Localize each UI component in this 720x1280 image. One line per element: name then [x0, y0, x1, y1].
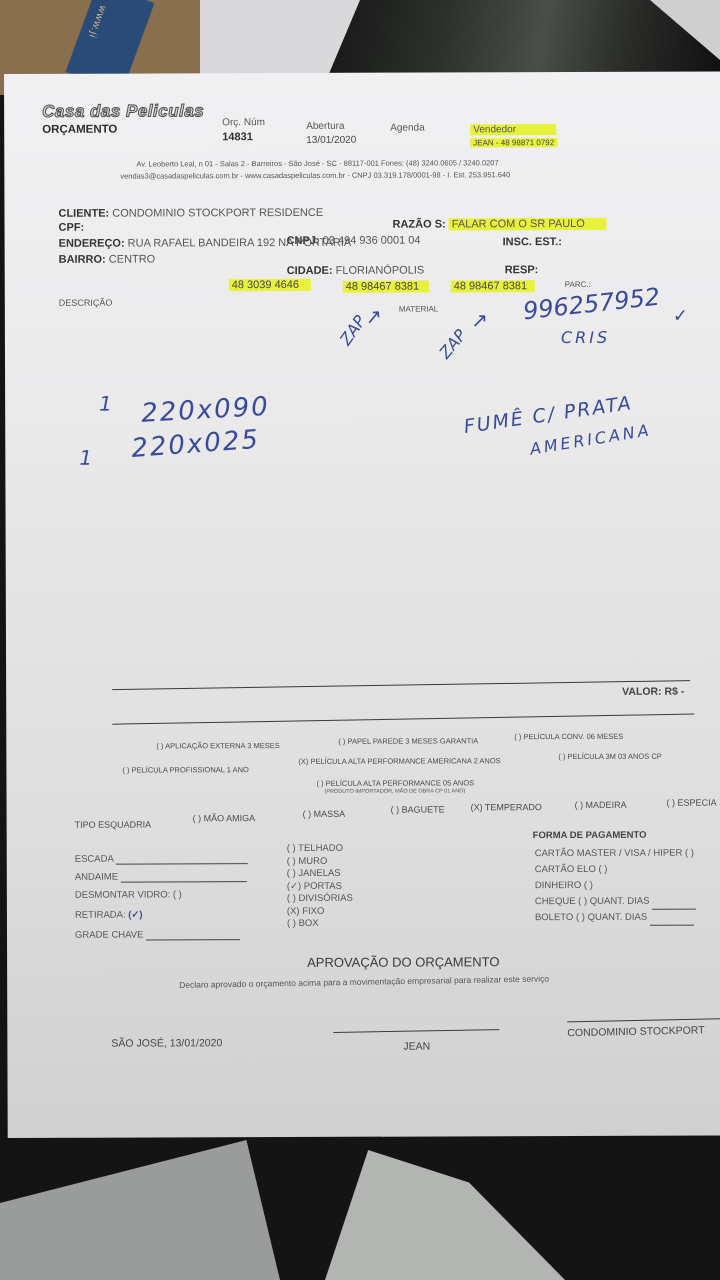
option-pelicula-05-anos: ( ) PELÍCULA ALTA PERFORMANCE 05 ANOS: [316, 778, 474, 788]
option-pelicula-profissional: ( ) PELÍCULA PROFISSIONAL 1 ANO: [122, 765, 248, 774]
cliente-value: CONDOMINIO STOCKPORT RESIDENCE: [112, 207, 323, 220]
option-pelicula-conv: ( ) PELÍCULA CONV. 06 MESES: [514, 732, 623, 741]
background-bottom-paper: [0, 1140, 280, 1280]
esquadria-madeira: ( ) MADEIRA: [575, 800, 627, 810]
item-1-qty: 1: [99, 392, 112, 416]
esquadria-temperado: (X) TEMPERADO: [471, 802, 542, 812]
abertura-label: Abertura: [306, 121, 344, 132]
quote-document: Casa das Peliculas ORÇAMENTO Orç. Núm 14…: [4, 72, 720, 1138]
esquadria-massa: ( ) MASSA: [303, 809, 346, 819]
parc-label: PARC.:: [565, 280, 591, 289]
cpf-label: CPF:: [59, 222, 85, 234]
background-bottom-paper-2: [325, 1150, 565, 1280]
location-portas[interactable]: (✓) PORTAS: [287, 880, 353, 893]
location-muro[interactable]: ( ) MURO: [287, 855, 353, 868]
razao-label: RAZÃO S:: [393, 218, 446, 230]
bairro-value: CENTRO: [109, 253, 155, 265]
esquadria-label: TIPO ESQUADRIA: [75, 819, 152, 829]
phone-2: 48 98467 8381: [343, 281, 429, 293]
insc-label: INSC. EST.:: [503, 236, 562, 248]
payment-title: FORMA DE PAGAMENTO: [533, 830, 647, 841]
location-telhado[interactable]: ( ) TELHADO: [287, 843, 353, 856]
place-date: SÃO JOSÉ, 13/01/2020: [111, 1037, 222, 1049]
seller-signature-line: [333, 1029, 499, 1033]
handwritten-zap-2: ZAP: [435, 326, 470, 362]
phone-3: 48 98467 8381: [451, 280, 535, 292]
valor-rule-bottom: [112, 714, 694, 725]
company-logo: Casa das Peliculas: [42, 101, 204, 122]
andaime-label: ANDAIME: [75, 872, 118, 883]
option-pelicula-americana: (X) PELÍCULA ALTA PERFORMANCE AMERICANA …: [298, 756, 500, 766]
orc-num-label: Orç. Núm: [222, 117, 265, 128]
endereco-value: RUA RAFAEL BANDEIRA 192 NA PORTARIA: [128, 237, 352, 250]
escada-field[interactable]: [116, 863, 248, 864]
esquadria-baguete: ( ) BAGUETE: [391, 804, 445, 814]
option-pelicula-3m: ( ) PELÍCULA 3M 03 ANOS CP: [558, 752, 661, 761]
location-list: ( ) TELHADO ( ) MURO ( ) JANELAS (✓) POR…: [287, 843, 353, 931]
abertura-date: 13/01/2020: [306, 135, 356, 146]
payment-dinheiro[interactable]: DINHEIRO ( ): [535, 878, 696, 895]
approval-text: Declaro aprovado o orçamento acima para …: [179, 974, 549, 990]
seller-signature: JEAN: [403, 1041, 430, 1053]
option-aplicacao-externa: ( ) APLICAÇÃO EXTERNA 3 MESES: [156, 741, 279, 750]
resp-label: RESP:: [505, 264, 539, 276]
escada-label: ESCADA: [75, 854, 114, 865]
box-print-text: www.ji: [86, 4, 108, 40]
orc-num-value: 14831: [222, 131, 253, 143]
razao-value: FALAR COM O SR PAULO: [449, 218, 607, 231]
location-box[interactable]: ( ) BOX: [287, 918, 353, 931]
retirada-check[interactable]: (✓): [128, 910, 142, 921]
vendedor-value: JEAN - 48 98871 0792: [470, 138, 557, 147]
grade-chave-label: GRADE CHAVE: [75, 930, 143, 941]
payment-cheque[interactable]: CHEQUE ( ) QUANT. DIAS: [535, 896, 650, 907]
boleto-dias-field[interactable]: [650, 925, 694, 926]
desmontar-vidro: DESMONTAR VIDRO: ( ): [75, 889, 182, 900]
valor-rule-top: [112, 680, 690, 690]
location-divisorias[interactable]: ( ) DIVISÓRIAS: [287, 893, 353, 906]
client-signature-line: [567, 1018, 720, 1022]
payment-list: CARTÃO MASTER / VISA / HIPER ( ) CARTÃO …: [535, 846, 696, 927]
option-papel-parede: ( ) PAPEL PAREDE 3 MESES GARANTIA: [338, 736, 478, 745]
arrow-up-icon-2: →: [465, 306, 494, 335]
retirada-label: RETIRADA:: [75, 910, 126, 921]
handwritten-phone: 996257952: [522, 283, 662, 326]
location-janelas[interactable]: ( ) JANELAS: [287, 868, 353, 881]
item-2-qty: 1: [79, 446, 92, 470]
bairro-label: BAIRRO:: [59, 254, 106, 266]
valor-label: VALOR: R$ -: [622, 686, 684, 698]
item-2-size: 220x025: [130, 425, 260, 464]
payment-boleto[interactable]: BOLETO ( ) QUANT. DIAS: [535, 912, 647, 923]
cidade-label: CIDADE:: [287, 265, 333, 277]
descricao-label: DESCRIÇÃO: [59, 298, 113, 308]
payment-cartao-master[interactable]: CARTÃO MASTER / VISA / HIPER ( ): [535, 846, 696, 863]
andaime-field[interactable]: [121, 881, 247, 882]
agenda-label: Agenda: [390, 123, 425, 134]
item-1-size: 220x090: [140, 392, 270, 429]
check-icon: ✓: [673, 306, 688, 327]
location-fixo[interactable]: (X) FIXO: [287, 905, 353, 918]
esquadria-mao-amiga: ( ) MÃO AMIGA: [193, 813, 256, 823]
cidade-value: FLORIANÓPOLIS: [336, 265, 425, 277]
handwritten-name: CRIS: [561, 328, 610, 347]
client-signature: CONDOMINIO STOCKPORT: [567, 1024, 705, 1039]
material-label: MATERIAL: [399, 304, 438, 313]
company-address: Av. Leoberto Leal, n 01 - Salas 2 - Barr…: [136, 158, 498, 168]
grade-chave-field[interactable]: [146, 939, 240, 940]
endereco-label: ENDEREÇO:: [59, 238, 125, 250]
company-contact: vendas3@casadaspeliculas.com.br - www.ca…: [120, 170, 510, 180]
document-type: ORÇAMENTO: [42, 124, 117, 136]
approval-title: APROVAÇÃO DO ORÇAMENTO: [307, 954, 499, 970]
phone-1: 48 3039 4646: [229, 279, 311, 291]
vendedor-label: Vendedor: [470, 124, 556, 135]
payment-cartao-elo[interactable]: CARTÃO ELO ( ): [535, 862, 696, 879]
option-pelicula-05-anos-note: (PRODUTO IMPORTADOR, MÃO DE OBRA CP 01 A…: [324, 788, 465, 794]
cliente-label: CLIENTE:: [58, 208, 109, 220]
esquadria-especial: ( ) ESPECIA: [667, 798, 717, 808]
